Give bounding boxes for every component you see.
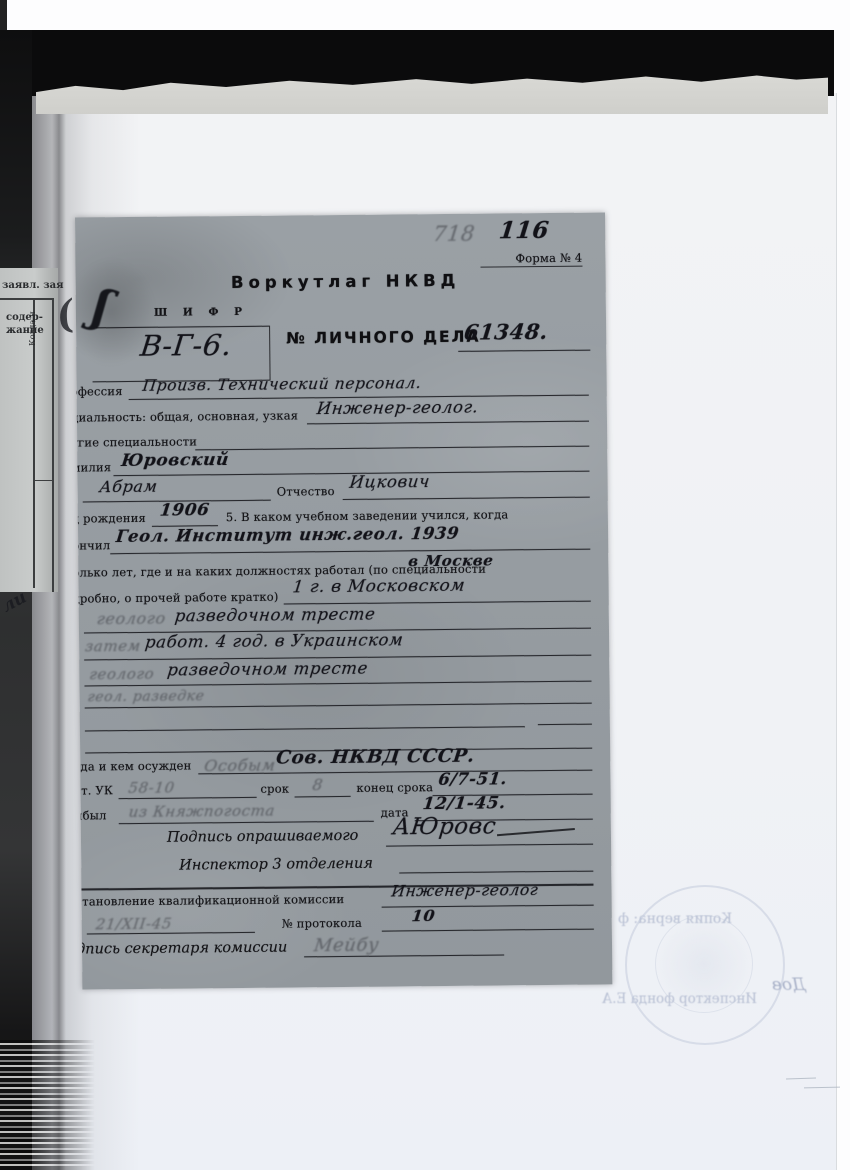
- interviewee-signature: АЮровс: [391, 814, 497, 841]
- surname-value: Юровский: [120, 450, 230, 471]
- profession-label: офессия: [75, 384, 123, 398]
- scanned-archive-page: Копия верна: ф Инспектор фонда Е.А Дов з…: [0, 0, 850, 1170]
- nkvd-personal-file-form: ʃ 718 116 Форма № 4 Воркутлаг НКВД Ш И Ф…: [75, 212, 612, 989]
- term-label: срок: [260, 782, 289, 796]
- fragment-col-content-2: жание: [6, 325, 44, 336]
- bleedthrough-stamp-inner: [655, 915, 753, 1013]
- work-entry-4: разведочном тресте: [166, 659, 369, 680]
- field-rule: [85, 681, 592, 687]
- scan-streaks: [0, 1040, 95, 1170]
- term-end-value: 6/7-51.: [437, 769, 508, 789]
- field-rule: [284, 601, 591, 605]
- field-rule: [110, 549, 590, 555]
- fragment-col-when: Когда и: [28, 311, 38, 346]
- margin-dash: [804, 1087, 840, 1089]
- cipher-box-right: [269, 326, 271, 381]
- file-number-value: 61348.: [463, 319, 550, 345]
- commission-label: становление квалификационной комиссии: [76, 892, 345, 909]
- graduated-value: Геол. Институт инж.геол. 1939: [115, 524, 460, 546]
- specialty-value: Инженер-геолог.: [316, 398, 480, 419]
- article-label: ст. УК: [75, 783, 113, 797]
- work-entry-2-prefix: геолого: [96, 609, 167, 629]
- field-rule: [399, 871, 593, 874]
- birth-year-label: д рождения: [75, 511, 146, 526]
- field-rule: [119, 821, 374, 824]
- profession-value: Произв. Технический персонал.: [142, 374, 423, 395]
- protocol-value: 10: [411, 906, 437, 925]
- secretary-signature-label: дпись секретаря комиссии: [76, 940, 287, 958]
- page-number: 116: [498, 217, 551, 245]
- interviewee-signature-label: Подпись опрашиваемого: [167, 828, 359, 846]
- field-rule: [295, 796, 351, 798]
- field-rule: [195, 446, 589, 451]
- article-value: 58-10: [127, 779, 175, 797]
- fragment-rule: [33, 480, 52, 481]
- school-question-label: 5. В каком учебном заведении учился, ког…: [226, 507, 509, 524]
- page-number-faint: 718: [432, 222, 477, 246]
- graduated-label: ончил: [75, 538, 110, 552]
- arrived-value: из Княжпогоста: [128, 802, 276, 821]
- file-number-underline: [458, 350, 590, 352]
- cipher-label: Ш И Ф Р: [154, 306, 248, 319]
- date-value: 12/1-45.: [422, 793, 507, 814]
- field-rule: [119, 797, 257, 799]
- camp-title: Воркутлаг НКВД: [166, 270, 526, 292]
- convicted-value: Сов. НКВД СССР.: [275, 746, 476, 769]
- surname-label: милия: [75, 460, 111, 474]
- field-rule: [382, 929, 594, 932]
- patronymic-value: Ицкович: [348, 472, 431, 492]
- protocol-date: 21/XII-45: [95, 915, 173, 934]
- field-rule: [343, 497, 590, 500]
- signature-flourish: [497, 828, 575, 836]
- field-rule: [87, 932, 255, 935]
- work-entry-5: геол. разведке: [87, 688, 206, 705]
- fragment-rule: [0, 298, 54, 300]
- convicted-label: гда и кем осужден: [75, 758, 192, 773]
- firstname-value: Абрам: [99, 477, 159, 497]
- field-rule: [386, 844, 593, 847]
- term-value: 8: [311, 775, 324, 794]
- fragment-rule: [52, 298, 54, 592]
- cipher-value: В-Г-6.: [104, 328, 268, 364]
- field-rule: [85, 726, 525, 731]
- field-rule: [538, 724, 592, 726]
- work-question-label-2: дробно, о прочей работе кратко): [75, 590, 279, 606]
- work-entry-3-prefix: затем: [84, 637, 142, 656]
- commission-value: Инженер-геолог: [390, 881, 539, 900]
- term-end-label: конец срока: [356, 780, 433, 795]
- work-entry-3: работ. 4 год. в Украинском: [144, 630, 404, 652]
- work-entry-4-prefix: геолого: [88, 665, 155, 684]
- file-number-label: № ЛИЧНОГО ДЕЛА: [286, 328, 480, 348]
- adjacent-page-fragment: заявл. зая содер- жание Когда и: [0, 268, 58, 592]
- work-entry-2: разведочном тресте: [174, 605, 377, 626]
- fragment-header: заявл. зая: [2, 280, 63, 291]
- inspector-label: Инспектор 3 отделения: [179, 856, 373, 874]
- birth-year-value: 1906: [159, 500, 211, 520]
- margin-dash: [786, 1077, 816, 1079]
- field-rule: [307, 421, 589, 425]
- protocol-label: № протокола: [282, 916, 362, 931]
- work-entry-1: 1 г. в Московском: [291, 576, 466, 598]
- secretary-signature: Мейбу: [313, 935, 380, 957]
- form-number-label: Форма № 4: [480, 251, 582, 268]
- other-specialties-label: угие специальности: [75, 434, 197, 449]
- scan-artifact-corner: [0, 0, 7, 30]
- patronymic-label: Отчество: [277, 484, 335, 499]
- specialty-label: циальность: общая, основная, узкая: [75, 408, 298, 424]
